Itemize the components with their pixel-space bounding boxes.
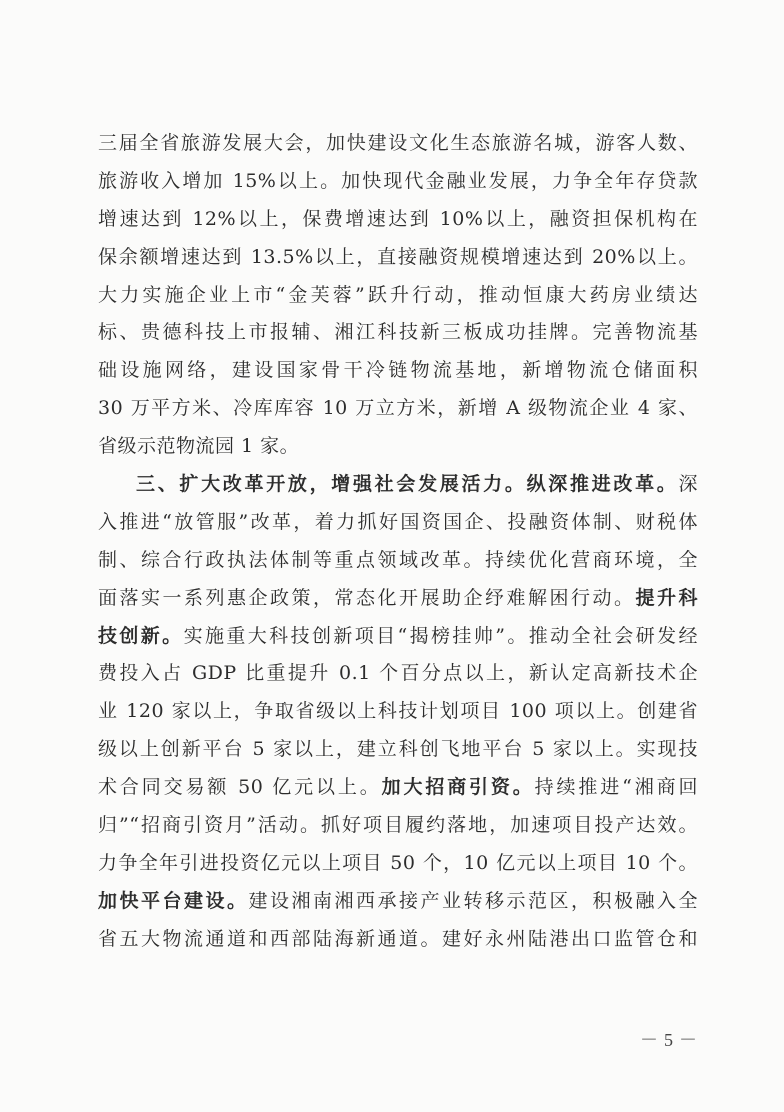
text-line: 础设施网络，建设国家骨干冷链物流基地，新增物流仓储面积 [98, 352, 698, 390]
text-line: 三届全省旅游发展大会，加快建设文化生态旅游名城，游客人数、 [98, 125, 698, 163]
text-line: 入推进“放管服”改革，着力抓好国资国企、投融资体制、财税体 [98, 504, 698, 542]
bold-heading-text: 加快平台建设。 [98, 890, 249, 912]
body-text: 归”“招商引资月”活动。抓好项目履约落地，加速项目投产达效。 [98, 814, 698, 836]
bold-heading-text: 技创新。 [98, 625, 184, 647]
body-text: 省级示范物流园 1 家。 [98, 435, 299, 457]
body-text: 面落实一系列惠企政策，常态化开展助企纾难解困行动。 [98, 587, 635, 609]
bold-heading-text: 三、扩大改革开放，增强社会发展活力。纵深推进改革。 [136, 473, 678, 495]
body-text: 础设施网络，建设国家骨干冷链物流基地，新增物流仓储面积 [98, 359, 698, 381]
text-line: 省五大物流通道和西部陆海新通道。建好永州陆港出口监管仓和 [98, 921, 698, 959]
document-body: 三届全省旅游发展大会，加快建设文化生态旅游名城，游客人数、旅游收入增加 15%以… [98, 125, 698, 959]
text-line: 术合同交易额 50 亿元以上。加大招商引资。持续推进“湘商回 [98, 769, 698, 807]
body-text: 级以上创新平台 5 家以上，建立科创飞地平台 5 家以上。实现技 [98, 738, 698, 760]
body-text: 持续推进“湘商回 [535, 776, 698, 798]
text-line: 制、综合行政执法体制等重点领域改革。持续优化营商环境，全 [98, 542, 698, 580]
body-text: 省五大物流通道和西部陆海新通道。建好永州陆港出口监管仓和 [98, 928, 698, 950]
body-text: 深 [678, 473, 698, 495]
text-line: 归”“招商引资月”活动。抓好项目履约落地，加速项目投产达效。 [98, 807, 698, 845]
bold-heading-text: 提升科 [635, 587, 698, 609]
text-line: 三、扩大改革开放，增强社会发展活力。纵深推进改革。深 [98, 466, 698, 504]
text-line: 费投入占 GDP 比重提升 0.1 个百分点以上，新认定高新技术企 [98, 655, 698, 693]
text-line: 标、贵德科技上市报辅、湘江科技新三板成功挂牌。完善物流基 [98, 314, 698, 352]
body-text: 旅游收入增加 15%以上。加快现代金融业发展，力争全年存贷款 [98, 170, 698, 192]
body-text: 标、贵德科技上市报辅、湘江科技新三板成功挂牌。完善物流基 [98, 321, 698, 343]
text-line: 加快平台建设。建设湘南湘西承接产业转移示范区，积极融入全 [98, 883, 698, 921]
body-text: 力争全年引进投资亿元以上项目 50 个，10 亿元以上项目 10 个。 [98, 852, 698, 874]
text-line: 力争全年引进投资亿元以上项目 50 个，10 亿元以上项目 10 个。 [98, 845, 698, 883]
text-line: 大力实施企业上市“金芙蓉”跃升行动，推动恒康大药房业绩达 [98, 277, 698, 315]
text-line: 增速达到 12%以上，保费增速达到 10%以上，融资担保机构在 [98, 201, 698, 239]
body-text: 建设湘南湘西承接产业转移示范区，积极融入全 [249, 890, 698, 912]
text-line: 省级示范物流园 1 家。 [98, 428, 698, 466]
body-text: 增速达到 12%以上，保费增速达到 10%以上，融资担保机构在 [98, 208, 698, 230]
bold-heading-text: 加大招商引资。 [382, 776, 535, 798]
text-line: 保余额增速达到 13.5%以上，直接融资规模增速达到 20%以上。 [98, 239, 698, 277]
text-line: 业 120 家以上，争取省级以上科技计划项目 100 项以上。创建省 [98, 693, 698, 731]
body-text: 三届全省旅游发展大会，加快建设文化生态旅游名城，游客人数、 [98, 132, 698, 154]
body-text: 30 万平方米、冷库库容 10 万立方米，新增 A 级物流企业 4 家、 [98, 397, 698, 419]
page-number: －5－ [640, 1026, 703, 1052]
text-line: 级以上创新平台 5 家以上，建立科创飞地平台 5 家以上。实现技 [98, 731, 698, 769]
body-text: 术合同交易额 50 亿元以上。 [98, 776, 382, 798]
body-text: 费投入占 GDP 比重提升 0.1 个百分点以上，新认定高新技术企 [98, 662, 698, 684]
body-text: 保余额增速达到 13.5%以上，直接融资规模增速达到 20%以上。 [98, 246, 698, 268]
text-line: 旅游收入增加 15%以上。加快现代金融业发展，力争全年存贷款 [98, 163, 698, 201]
body-text: 入推进“放管服”改革，着力抓好国资国企、投融资体制、财税体 [98, 511, 698, 533]
body-text: 制、综合行政执法体制等重点领域改革。持续优化营商环境，全 [98, 549, 698, 571]
body-text: 实施重大科技创新项目“揭榜挂帅”。推动全社会研发经 [184, 625, 698, 647]
text-line: 面落实一系列惠企政策，常态化开展助企纾难解困行动。提升科 [98, 580, 698, 618]
body-text: 大力实施企业上市“金芙蓉”跃升行动，推动恒康大药房业绩达 [98, 284, 698, 306]
text-line: 30 万平方米、冷库库容 10 万立方米，新增 A 级物流企业 4 家、 [98, 390, 698, 428]
text-line: 技创新。实施重大科技创新项目“揭榜挂帅”。推动全社会研发经 [98, 618, 698, 656]
body-text: 业 120 家以上，争取省级以上科技计划项目 100 项以上。创建省 [98, 700, 698, 722]
